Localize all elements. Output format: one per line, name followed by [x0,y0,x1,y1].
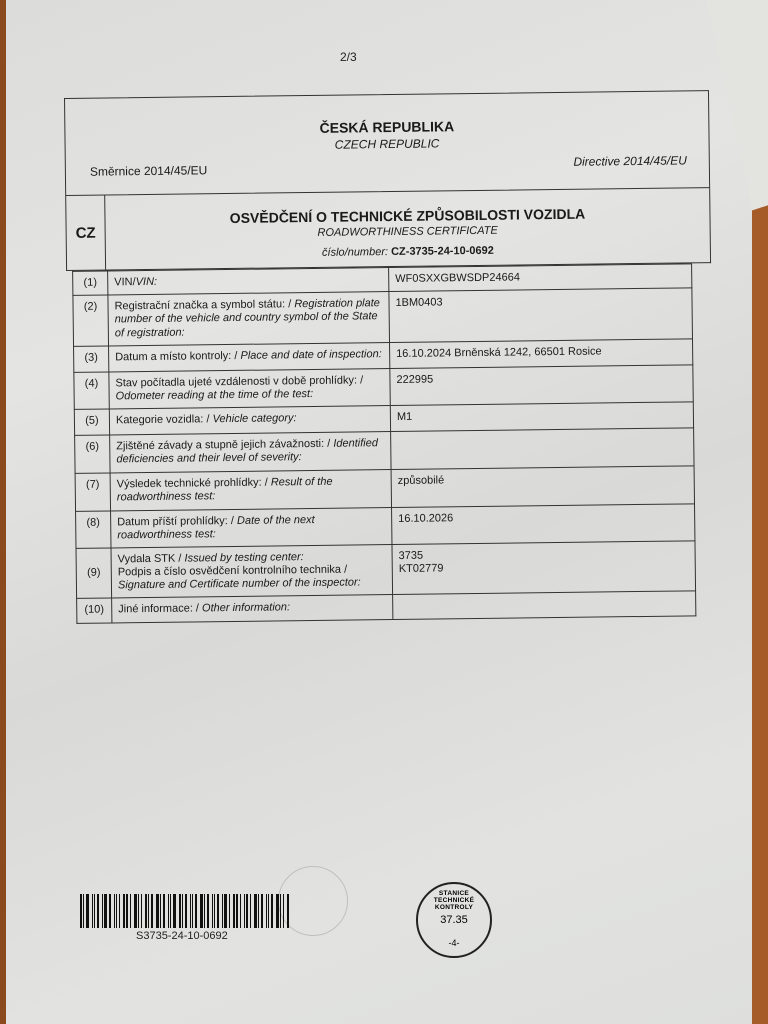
barcode-bar [114,894,115,928]
row-value-cell: způsobilé [391,465,694,507]
row-label: Výsledek technické prohlídky: / Result o… [110,469,391,510]
barcode-bar [148,894,149,928]
row-label-cs2: Podpis a číslo osvědčení kontrolního tec… [118,564,347,579]
row-label-en: Odometer reading at the time of the test… [116,388,314,402]
certificate-number: CZ-3735-24-10-0692 [391,245,494,258]
barcode-bar [97,894,99,928]
row-label-cs: Zjištěné závady a stupně jejich závažnos… [116,438,333,453]
row-label-en2: Signature and Certificate number of the … [118,577,361,592]
row-value-cell: 3735KT02779 [392,541,696,595]
barcode-text: S3735-24-10-0692 [136,930,228,942]
row-label: Kategorie vozidla: / Vehicle category: [109,406,390,435]
barcode-bar [163,894,165,928]
barcode-bar [229,894,230,928]
barcode-bar [244,894,245,928]
row-value-cell: 16.10.2026 [392,503,695,544]
barcode-bar [119,894,120,928]
row-value: způsobilé [398,474,445,487]
barcode-bar [109,894,111,928]
barcode-bar [173,894,176,928]
barcode-bar [222,894,223,928]
row-value: M1 [397,411,412,423]
row-label: Datum a místo kontroly: / Place and date… [109,342,390,371]
barcode-bar [94,894,95,928]
row-value-cell [393,591,696,619]
row-label-en: Issued by testing center: [184,551,303,564]
barcode-bar [217,894,219,928]
row-number: (6) [75,435,110,473]
barcode-bar [141,894,142,928]
barcode-bar [261,894,263,928]
row-label: Vydala STK / Issued by testing center:Po… [111,544,393,598]
barcode-bar [123,894,125,928]
barcode-bar [170,894,171,928]
inspection-stamp: STANICE TECHNICKÉ KONTROLY 37.35 -4- [416,882,492,958]
barcode-bar [134,894,137,928]
row-value: 1BM0403 [395,297,442,310]
barcode-bar [287,894,289,928]
stamp-number: 37.35 [418,914,490,926]
barcode-bar [192,894,193,928]
certificate-number-line: číslo/number: CZ-3735-24-10-0692 [106,242,710,261]
row-label: Jiné informace: / Other information: [112,595,393,623]
table-row: (2)Registrační značka a symbol státu: / … [73,288,693,346]
row-value: WF0SXXGBWSDP24664 [395,271,520,285]
row-value2: KT02779 [399,562,444,575]
row-label-cs: Jiné informace: / [118,603,202,616]
row-label-en: Vehicle category: [212,412,296,425]
row-value: 3735 [399,550,424,562]
document-header: ČESKÁ REPUBLIKA CZECH REPUBLIC Směrnice … [64,90,710,196]
row-number: (5) [74,409,109,435]
row-label-en: VIN: [136,276,158,288]
row-value: 222995 [396,373,433,385]
row-label: Registrační značka a symbol státu: / Reg… [108,292,390,346]
barcode-bar [212,894,213,928]
row-number: (3) [74,346,109,372]
barcode-bar [200,894,203,928]
certificate-number-label: číslo/number: [322,246,388,259]
barcode-bar [102,894,103,928]
row-label-cs: Stav počítadla ujeté vzdálenosti v době … [115,374,363,389]
barcode-bar [151,894,153,928]
certificate-table: (1)VIN/VIN:WF0SXXGBWSDP24664(2)Registrač… [72,263,696,623]
barcode-bar [168,894,169,928]
barcode-bar [254,894,257,928]
barcode [80,894,314,928]
barcode-bar [138,894,139,928]
barcode-bar [104,894,107,928]
barcode-bar [80,894,82,928]
page-number: 2/3 [340,50,357,64]
row-label: Stav počítadla ujeté vzdálenosti v době … [109,368,390,409]
row-label-en: Place and date of inspection: [240,348,381,362]
row-value-cell: WF0SXXGBWSDP24664 [389,264,692,292]
barcode-bar [190,894,191,928]
row-value-cell: M1 [390,402,693,432]
barcode-bar [156,894,159,928]
certificate-title-block: CZ OSVĚDČENÍ O TECHNICKÉ ZPŮSOBILOSTI VO… [65,188,711,271]
row-value-cell [391,428,694,469]
barcode-bar [280,894,281,928]
row-number: (8) [76,510,111,548]
barcode-bar [179,894,181,928]
row-number: (2) [73,295,109,346]
barcode-bar [271,894,273,928]
barcode-bar [126,894,128,928]
row-value-cell: 1BM0403 [389,288,693,342]
row-label-cs: Registrační značka a symbol státu: / [114,298,294,312]
row-number: (7) [75,472,110,510]
row-number: (4) [74,372,109,410]
row-label-cs: Výsledek technické prohlídky: / [117,476,271,490]
barcode-bar [204,894,205,928]
barcode-bar [246,894,248,928]
barcode-bar [207,894,209,928]
row-value: 16.10.2026 [398,512,453,525]
barcode-bar [236,894,238,928]
barcode-bar [130,894,131,928]
country-code: CZ [66,196,106,270]
barcode-bar [92,894,93,928]
barcode-bar [214,894,215,928]
directive-en: Directive 2014/45/EU [573,153,687,168]
barcode-bar [266,894,267,928]
barcode-bar [160,894,161,928]
row-label-cs: Datum a místo kontroly: / [115,350,240,364]
barcode-bar [233,894,235,928]
row-value: 16.10.2024 Brněnská 1242, 66501 Rosice [396,345,602,360]
barcode-bar [283,894,284,928]
row-number: (9) [76,548,112,599]
row-label: VIN/VIN: [108,268,389,296]
barcode-bar [224,894,227,928]
directive-cs: Směrnice 2014/45/EU [90,163,208,178]
row-value-cell: 222995 [390,365,693,406]
barcode-bar [276,894,279,928]
row-label-cs: Datum příští prohlídky: / [117,514,237,527]
row-label-en: Other information: [202,602,290,615]
row-label-cs: Vydala STK / [118,552,185,565]
barcode-bar [116,894,117,928]
row-label: Datum příští prohlídky: / Date of the ne… [111,507,392,548]
barcode-bar [145,894,147,928]
barcode-bar [250,894,251,928]
row-number: (10) [77,598,112,623]
stamp-sub: -4- [418,938,490,948]
barcode-bar [86,894,89,928]
barcode-bar [240,894,241,928]
barcode-bar [258,894,259,928]
barcode-bar [268,894,269,928]
barcode-bar [195,894,197,928]
table-row: (9)Vydala STK / Issued by testing center… [76,541,696,599]
row-label-cs: VIN/ [114,276,136,288]
row-label-cs: Kategorie vozidla: / [116,413,213,426]
row-value-cell: 16.10.2024 Brněnská 1242, 66501 Rosice [390,339,693,369]
barcode-bar [83,894,84,928]
stamp-ring-text: STANICE TECHNICKÉ KONTROLY [418,890,490,911]
row-number: (1) [73,271,108,296]
row-label: Zjištěné závady a stupně jejich závažnos… [110,432,391,473]
certificate-document: ČESKÁ REPUBLIKA CZECH REPUBLIC Směrnice … [64,90,715,623]
barcode-bar [185,894,187,928]
barcode-bar [182,894,183,928]
